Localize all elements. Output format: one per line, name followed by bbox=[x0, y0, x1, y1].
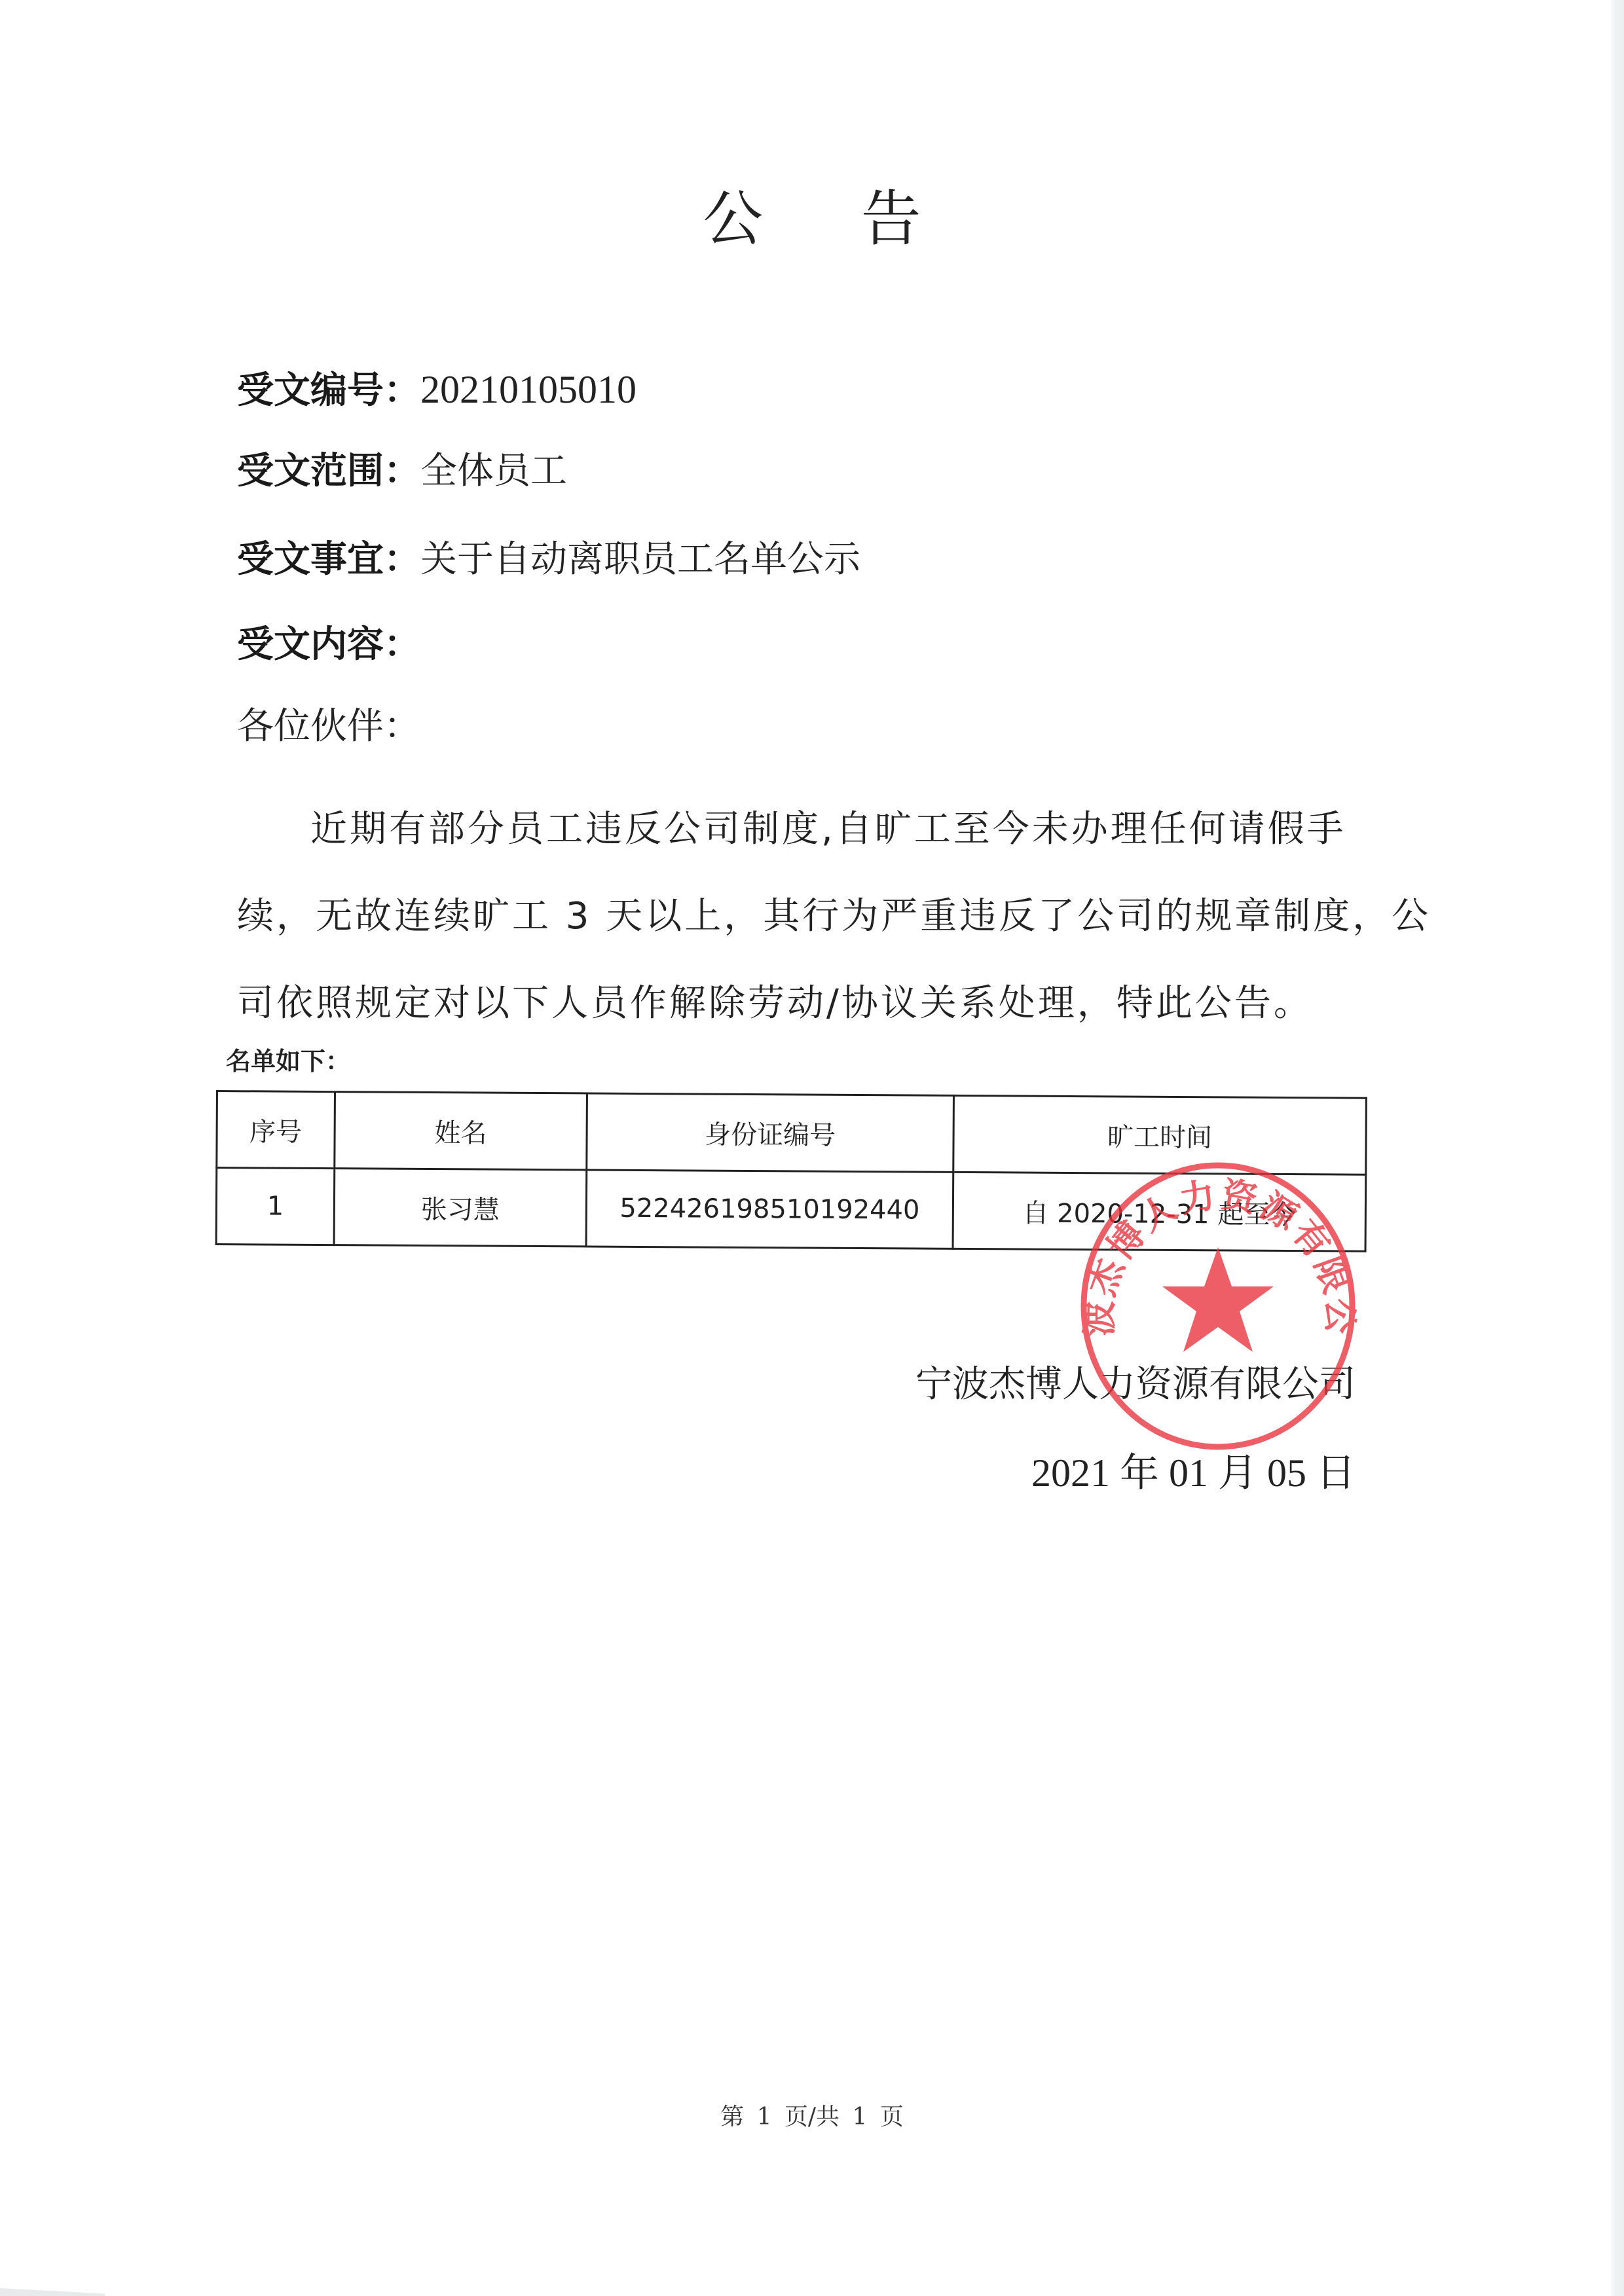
meta-number-value: 20210105010 bbox=[420, 368, 637, 411]
meta-subject-line: 受文事宜：关于自动离职员工名单公示 bbox=[237, 534, 860, 586]
meta-number-label: 受文编号： bbox=[237, 369, 420, 412]
header-name: 姓名 bbox=[335, 1092, 587, 1170]
header-absence-time: 旷工时间 bbox=[953, 1095, 1367, 1175]
table-header-row: 序号 姓名 身份证编号 旷工时间 bbox=[217, 1091, 1367, 1175]
scan-edge-bottom bbox=[0, 2288, 105, 2296]
meta-number-line: 受文编号：20210105010 bbox=[237, 363, 637, 417]
meta-scope-line: 受文范围：全体员工 bbox=[237, 445, 567, 498]
roster-table: 序号 姓名 身份证编号 旷工时间 1 张习慧 52242619851019244… bbox=[215, 1090, 1367, 1252]
roster-table-wrapper: 序号 姓名 身份证编号 旷工时间 1 张习慧 52242619851019244… bbox=[215, 1090, 1365, 1252]
page-footer: 第 1 页/共 1 页 bbox=[0, 2098, 1624, 2132]
meta-subject-value: 关于自动离职员工名单公示 bbox=[420, 538, 860, 581]
body-line-3: 司依照规定对以下人员作解除劳动/协议关系处理，特此公告。 bbox=[237, 960, 1370, 1047]
list-label: 名单如下： bbox=[226, 1041, 350, 1077]
signature-company: 宁波杰博人力资源有限公司 bbox=[915, 1358, 1356, 1411]
signature-date: 2021 年 01 月 05 日 bbox=[1031, 1447, 1356, 1499]
greeting: 各位伙伴： bbox=[237, 701, 420, 753]
table-row: 1 张习慧 522426198510192440 自 2020-12-31 起至… bbox=[216, 1168, 1366, 1252]
scan-edge-right bbox=[1610, 0, 1624, 2296]
header-index: 序号 bbox=[217, 1091, 335, 1169]
header-id-number: 身份证编号 bbox=[587, 1093, 954, 1172]
cell-index: 1 bbox=[216, 1168, 335, 1245]
cell-id-number: 522426198510192440 bbox=[586, 1170, 953, 1248]
cell-name: 张习慧 bbox=[334, 1169, 587, 1247]
meta-scope-value: 全体员工 bbox=[420, 450, 567, 492]
meta-content-label: 受文内容： bbox=[237, 623, 420, 666]
body-line-2: 续，无故连续旷工 3 天以上，其行为严重违反了公司的规章制度，公 bbox=[237, 873, 1370, 960]
meta-scope-label: 受文范围： bbox=[237, 450, 420, 492]
body-paragraph: 近期有部分员工违反公司制度,自旷工至今未办理任何请假手 续，无故连续旷工 3 天… bbox=[237, 786, 1370, 1047]
seal-star-icon bbox=[1162, 1247, 1274, 1352]
meta-subject-label: 受文事宜： bbox=[237, 538, 420, 581]
page-title: 公 告 bbox=[0, 180, 1624, 259]
meta-content-line: 受文内容： bbox=[237, 619, 420, 671]
cell-absence-time: 自 2020-12-31 起至今 bbox=[953, 1172, 1366, 1251]
body-line-1: 近期有部分员工违反公司制度,自旷工至今未办理任何请假手 bbox=[237, 786, 1370, 873]
document-page: 公 告 受文编号：20210105010 受文范围：全体员工 受文事宜：关于自动… bbox=[0, 0, 1624, 2296]
